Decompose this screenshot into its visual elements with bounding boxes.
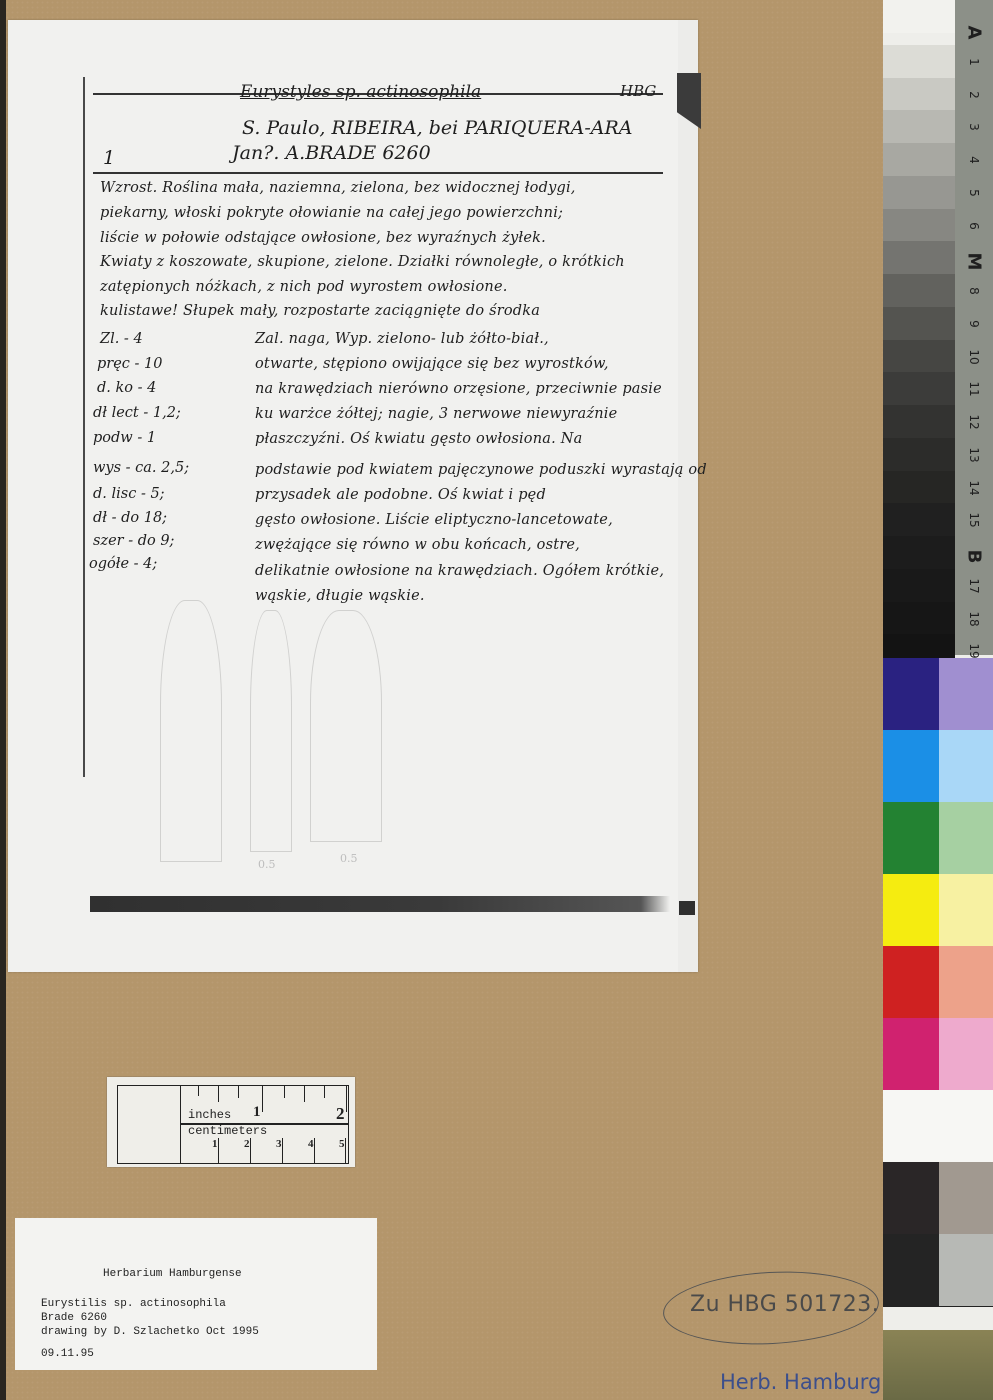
taxon-name: Eurystilis sp. actinosophila bbox=[41, 1298, 226, 1310]
label-date: 09.11.95 bbox=[41, 1348, 94, 1360]
gray-patch bbox=[883, 143, 955, 176]
description-line: zatępionych nóżkach, z nich pod wyrostem… bbox=[100, 279, 508, 295]
gray-patch bbox=[883, 405, 955, 438]
measurement: dł - do 18; bbox=[93, 510, 167, 526]
herbarium-stamp: Herb. Hamburg. bbox=[720, 1370, 888, 1394]
flower-description-line: podstawie pod kwiatem pajęczynowe podusz… bbox=[255, 462, 707, 478]
flower-description-line: otwarte, stępiono owijające się bez wyro… bbox=[255, 356, 609, 372]
color-swatch-light bbox=[939, 730, 993, 803]
ruler-tick bbox=[218, 1138, 219, 1163]
cm-mark: 2 bbox=[244, 1138, 250, 1150]
gray-scale-label: 6 bbox=[967, 207, 981, 245]
gray-patch bbox=[883, 0, 955, 33]
color-swatch-dark bbox=[883, 1018, 940, 1091]
locality: S. Paulo, RIBEIRA, bei PARIQUERA-ARA bbox=[242, 117, 633, 139]
collection-number: Brade 6260 bbox=[41, 1312, 107, 1324]
pencil-scale-number: 0.5 bbox=[340, 852, 358, 865]
ruler-tick bbox=[284, 1086, 285, 1098]
flower-description-line: delikatnie owłosione na krawędziach. Ogó… bbox=[255, 563, 664, 579]
gray-patch bbox=[883, 241, 955, 274]
flower-description-line: przysadek ale podobne. Oś kwiat i pęd bbox=[255, 487, 546, 503]
description-line: Wzrost. Roślina mała, naziemna, zielona,… bbox=[100, 180, 576, 196]
measurement: wys - ca. 2,5; bbox=[93, 460, 189, 476]
board-left-edge bbox=[0, 0, 6, 1400]
margin-line bbox=[83, 77, 85, 777]
color-swatch-dark bbox=[883, 1162, 940, 1235]
description-line: kulistawe! Słupek mały, rozpostarte zaci… bbox=[100, 303, 540, 319]
measurement: ogółe - 4; bbox=[89, 556, 157, 572]
ruler-tick bbox=[282, 1138, 283, 1163]
gray-patch bbox=[883, 45, 955, 78]
pencil-scale-number: 0.5 bbox=[258, 858, 276, 871]
copy-artifact-bar bbox=[90, 896, 670, 912]
color-swatch-light bbox=[939, 1090, 993, 1163]
gray-patch bbox=[883, 602, 955, 635]
species-name: Eurystyles sp. actinosophila bbox=[240, 82, 481, 102]
flower-description-line: gęsto owłosione. Liście eliptyczno-lance… bbox=[255, 512, 613, 528]
ruler-tick bbox=[346, 1086, 347, 1112]
gray-patch bbox=[883, 471, 955, 504]
color-swatch-dark bbox=[883, 946, 940, 1019]
herbarium-code: HBG bbox=[620, 82, 656, 100]
ruler-tick bbox=[314, 1138, 315, 1163]
sheet-overlap-strip bbox=[678, 20, 698, 972]
pencil-drawing-outline bbox=[310, 610, 382, 842]
ruler-tick bbox=[345, 1138, 346, 1163]
gray-scale-labels: A123456M89101112131415B171819 bbox=[955, 0, 993, 655]
drawing-note: drawing by D. Szlachetko Oct 1995 bbox=[41, 1326, 259, 1338]
gray-patch bbox=[883, 569, 955, 602]
gray-patch bbox=[883, 274, 955, 307]
chart-bottom-background bbox=[883, 1330, 993, 1400]
measurement: szer - do 9; bbox=[93, 533, 174, 549]
specimen-reference: Zu HBG 501723. bbox=[690, 1292, 879, 1317]
gray-patch bbox=[883, 110, 955, 143]
flower-description-line: ku warżce żółtej; nagie, 3 nerwowe niewy… bbox=[255, 406, 617, 422]
pencil-drawing-outline bbox=[160, 600, 222, 862]
flower-description-line: wąskie, długie wąskie. bbox=[255, 588, 425, 604]
institution-name: Herbarium Hamburgense bbox=[103, 1268, 242, 1280]
measurement: dł lect - 1,2; bbox=[93, 405, 181, 421]
pencil-drawing-outline bbox=[250, 610, 292, 852]
measurement: d. lisc - 5; bbox=[93, 486, 165, 502]
color-swatch-light bbox=[939, 874, 993, 947]
color-swatch-dark bbox=[883, 1234, 940, 1307]
color-swatch-light bbox=[939, 1234, 993, 1307]
color-swatch-light bbox=[939, 946, 993, 1019]
collector-line: Jan?. A.BRADE 6260 bbox=[232, 142, 431, 164]
gray-patch bbox=[883, 372, 955, 405]
gray-patch bbox=[883, 209, 955, 242]
herbarium-label: Herbarium Hamburgense Eurystilis sp. act… bbox=[15, 1218, 377, 1370]
cm-mark: 1 bbox=[212, 1138, 218, 1150]
cm-mark: 5 bbox=[339, 1138, 345, 1150]
ruler-tick bbox=[304, 1086, 305, 1102]
ruler-blank-area bbox=[118, 1086, 181, 1163]
color-swatch-dark bbox=[883, 874, 940, 947]
color-swatch-light bbox=[939, 658, 993, 731]
color-calibration-chart: A123456M89101112131415B171819 bbox=[883, 0, 993, 1400]
color-swatch-dark bbox=[883, 730, 940, 803]
gray-patch bbox=[883, 307, 955, 340]
gray-patch bbox=[883, 78, 955, 111]
gray-patch bbox=[883, 503, 955, 536]
ruler-tick bbox=[262, 1086, 263, 1112]
measurement: podw - 1 bbox=[93, 430, 156, 446]
measurement: Zl. - 4 bbox=[100, 331, 143, 347]
ruler-tick bbox=[238, 1086, 239, 1098]
color-swatch-dark bbox=[883, 1090, 940, 1163]
measurement: d. ko - 4 bbox=[97, 380, 156, 396]
inch-mark: 2 bbox=[336, 1104, 345, 1124]
gray-patch bbox=[883, 438, 955, 471]
centimeters-label: centimeters bbox=[188, 1124, 267, 1138]
scale-ruler-card: inches 1 2 centimeters 1 2 3 4 5 bbox=[107, 1077, 355, 1167]
inches-label: inches bbox=[188, 1108, 231, 1122]
color-swatch-light bbox=[939, 802, 993, 875]
cm-mark: 4 bbox=[308, 1138, 314, 1150]
gray-patch bbox=[883, 536, 955, 569]
flower-description-line: na krawędziach nierówno orzęsione, przec… bbox=[255, 381, 662, 397]
ruler-frame: inches 1 2 centimeters 1 2 3 4 5 bbox=[117, 1085, 349, 1164]
ruler-tick bbox=[218, 1086, 219, 1102]
ruler-tick bbox=[324, 1086, 325, 1098]
header-bottom-rule bbox=[93, 172, 663, 174]
inch-mark: 1 bbox=[253, 1104, 261, 1121]
measurement: pręc - 10 bbox=[97, 356, 162, 372]
gray-scale-strip bbox=[883, 0, 955, 655]
ruler-tick bbox=[250, 1138, 251, 1163]
description-line: piekarny, włoski pokryte ołowianie na ca… bbox=[100, 205, 563, 221]
gray-patch bbox=[883, 176, 955, 209]
color-swatch-dark bbox=[883, 802, 940, 875]
description-line: Kwiaty z koszowate, skupione, zielone. D… bbox=[100, 254, 625, 270]
copy-artifact-square bbox=[679, 901, 695, 915]
flower-description-line: Zal. naga, Wyp. zielono- lub żółto-biał.… bbox=[255, 331, 549, 347]
flower-description-line: zwężające się równo w obu końcach, ostre… bbox=[255, 537, 580, 553]
description-line: liście w połowie odstające owłosione, be… bbox=[100, 230, 546, 246]
gray-patch bbox=[883, 340, 955, 373]
flower-description-line: płaszczyźni. Oś kwiatu gęsto owłosiona. … bbox=[255, 431, 582, 447]
page-number: 1 bbox=[103, 147, 115, 169]
color-swatch-dark bbox=[883, 658, 940, 731]
color-swatch-light bbox=[939, 1162, 993, 1235]
cm-mark: 3 bbox=[276, 1138, 282, 1150]
color-swatch-light bbox=[939, 1018, 993, 1091]
ruler-tick bbox=[198, 1086, 199, 1096]
gray-scale-label: 15 bbox=[967, 501, 981, 539]
